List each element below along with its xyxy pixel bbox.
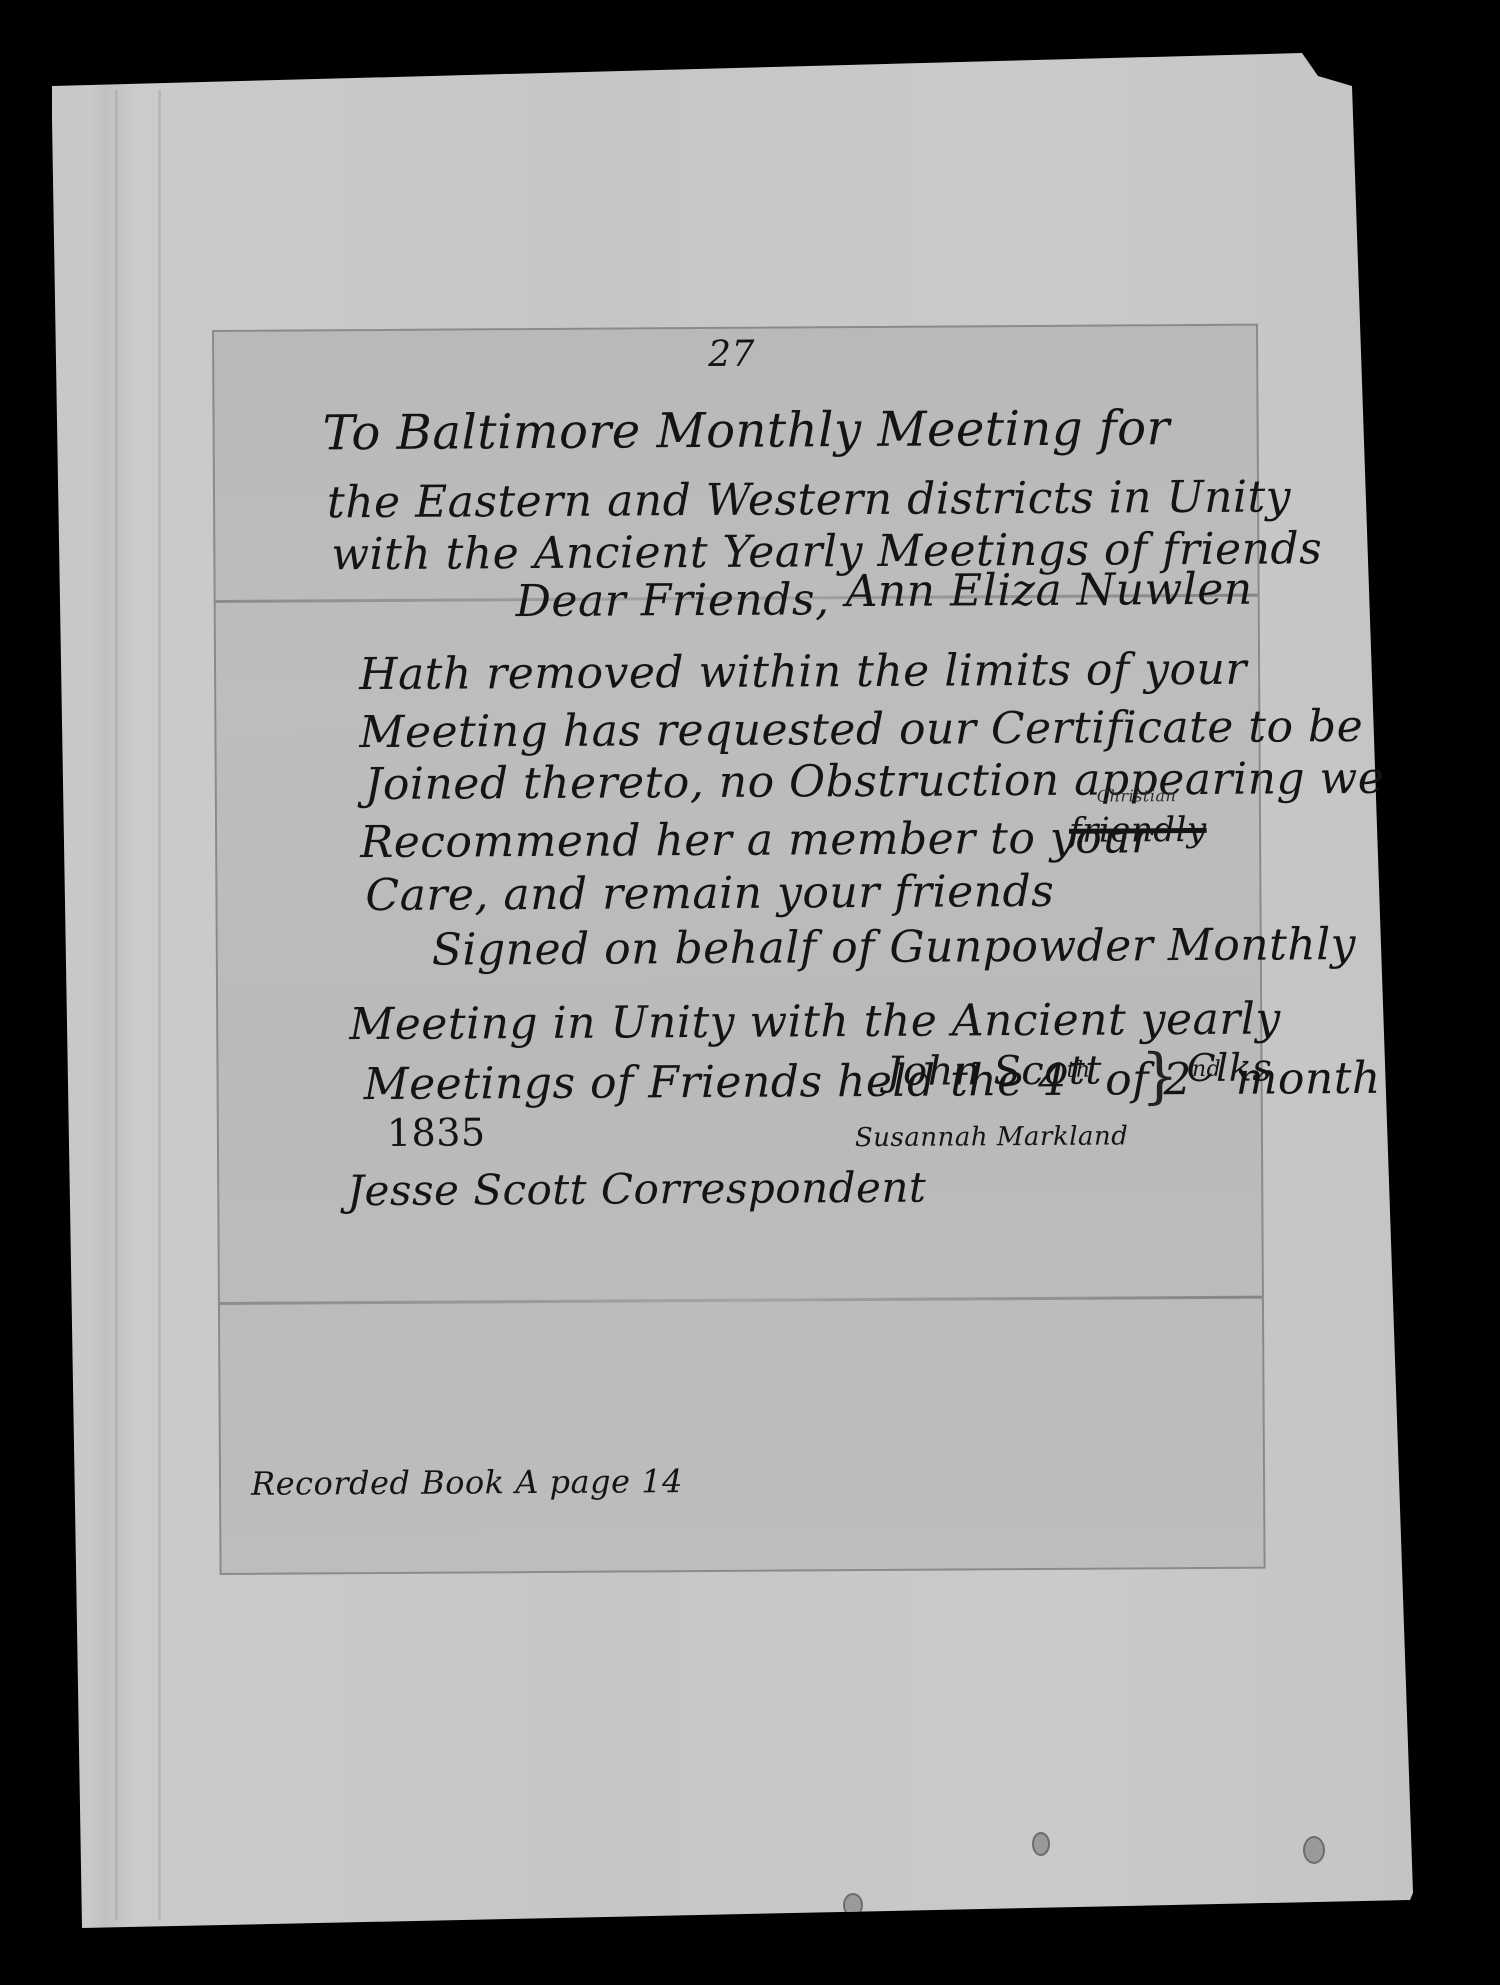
clerk-title: Clks — [1186, 1046, 1272, 1091]
manuscript-certificate: 27 To Baltimore Monthly Meeting for the … — [212, 324, 1266, 1575]
signing-line-2: Meeting in Unity with the Ancient yearly — [349, 997, 1281, 1047]
body-line-3: Joined thereto, no Obstruction appearing… — [365, 757, 1385, 807]
clerk-signature-1: John Scott — [886, 1049, 1102, 1094]
paper-crease — [115, 90, 118, 1920]
year: 1835 — [387, 1110, 486, 1155]
foxing-spot — [843, 1893, 863, 1917]
body-line-5: Care, and remain your friends — [365, 870, 1054, 918]
address-line-1: To Baltimore Monthly Meeting for — [322, 406, 1170, 455]
body-line-4: Recommend her a member to your — [360, 816, 1153, 865]
foxing-spot — [1303, 1836, 1325, 1864]
foxing-spot — [1032, 1832, 1050, 1856]
clerk-brace: } — [1140, 1046, 1179, 1106]
scanned-page: 27 To Baltimore Monthly Meeting for the … — [0, 0, 1500, 1985]
signing-line-1: Signed on behalf of Gunpowder Monthly — [432, 923, 1357, 973]
address-line-2: the Eastern and Western districts in Uni… — [327, 475, 1291, 525]
member-name: Ann Eliza Nuwlen — [845, 568, 1252, 614]
folio-number: 27 — [708, 341, 755, 369]
salutation: Dear Friends, — [516, 578, 830, 624]
paper-crease — [158, 90, 161, 1920]
struck-word: friendly — [1069, 808, 1207, 853]
correspondent-signature: Jesse Scott Correspondent — [347, 1166, 926, 1214]
recording-note: Recorded Book A page 14 — [251, 1467, 683, 1498]
interlinear-insertion: Christian — [1097, 788, 1177, 804]
body-line-1: Hath removed within the limits of your — [359, 648, 1247, 697]
body-line-2: Meeting has requested our Certificate to… — [359, 705, 1363, 755]
fold-line — [220, 1296, 1262, 1305]
clerk-signature-2: Susannah Markland — [855, 1122, 1129, 1152]
